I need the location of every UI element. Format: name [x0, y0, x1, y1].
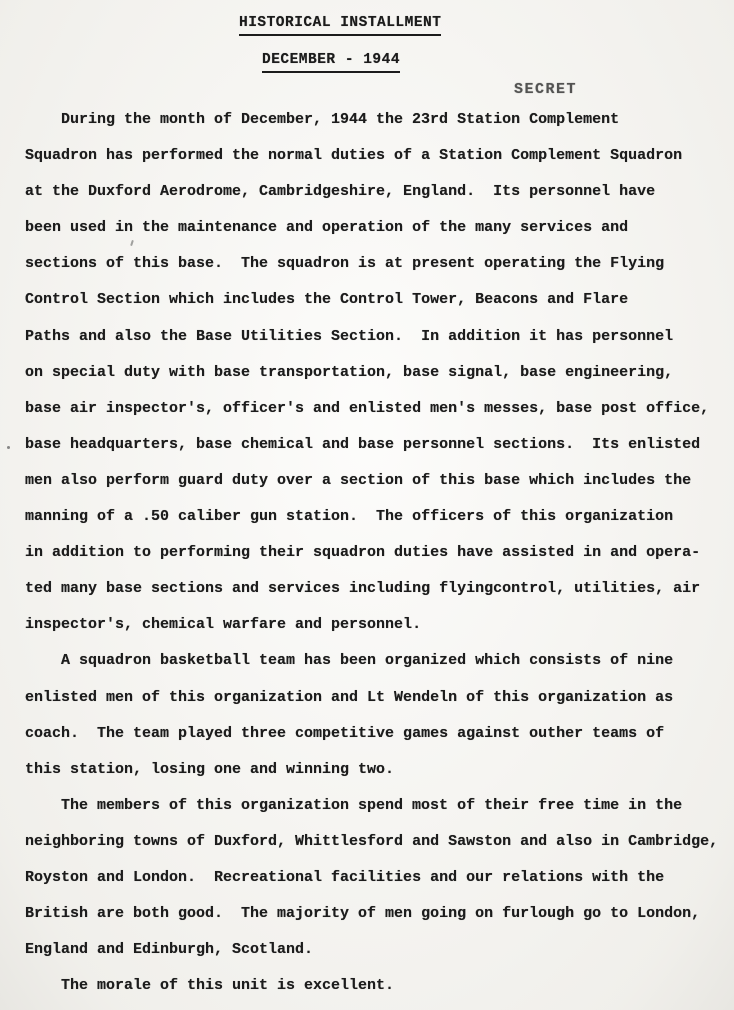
- document-line: this station, losing one and winning two…: [25, 752, 725, 788]
- document-subtitle: DECEMBER - 1944: [262, 52, 400, 73]
- document-line: enlisted men of this organization and Lt…: [25, 680, 725, 716]
- scan-artifact-dot: [7, 446, 10, 449]
- document-line: sections of this base. The squadron is a…: [25, 246, 725, 282]
- document-line: base air inspector's, officer's and enli…: [25, 391, 725, 427]
- document-line: been used in the maintenance and operati…: [25, 210, 725, 246]
- document-line: neighboring towns of Duxford, Whittlesfo…: [25, 824, 725, 860]
- document-line: men also perform guard duty over a secti…: [25, 463, 725, 499]
- secret-classification-stamp: SECRET: [514, 81, 577, 98]
- document-line: inspector's, chemical warfare and person…: [25, 607, 725, 643]
- paragraph-duties: During the month of December, 1944 the 2…: [25, 102, 725, 643]
- document-line: on special duty with base transportation…: [25, 355, 725, 391]
- document-line: Squadron has performed the normal duties…: [25, 138, 725, 174]
- document-page: HISTORICAL INSTALLMENT DECEMBER - 1944 S…: [0, 0, 734, 1010]
- document-line: Control Section which includes the Contr…: [25, 282, 725, 318]
- paragraph-basketball: A squadron basketball team has been orga…: [25, 643, 725, 787]
- document-line: The morale of this unit is excellent.: [25, 968, 725, 1004]
- document-line: base headquarters, base chemical and bas…: [25, 427, 725, 463]
- document-line: Royston and London. Recreational facilit…: [25, 860, 725, 896]
- document-title: HISTORICAL INSTALLMENT: [239, 15, 441, 36]
- document-line: England and Edinburgh, Scotland.: [25, 932, 725, 968]
- document-line: coach. The team played three competitive…: [25, 716, 725, 752]
- paragraph-free-time: The members of this organization spend m…: [25, 788, 725, 968]
- document-line: at the Duxford Aerodrome, Cambridgeshire…: [25, 174, 725, 210]
- document-line: During the month of December, 1944 the 2…: [25, 102, 725, 138]
- document-line: Paths and also the Base Utilities Sectio…: [25, 319, 725, 355]
- paragraph-morale: The morale of this unit is excellent.: [25, 968, 725, 1004]
- document-line: in addition to performing their squadron…: [25, 535, 725, 571]
- document-line: A squadron basketball team has been orga…: [25, 643, 725, 679]
- document-line: ted many base sections and services incl…: [25, 571, 725, 607]
- document-line: manning of a .50 caliber gun station. Th…: [25, 499, 725, 535]
- document-body: During the month of December, 1944 the 2…: [25, 102, 725, 1004]
- document-line: British are both good. The majority of m…: [25, 896, 725, 932]
- document-line: The members of this organization spend m…: [25, 788, 725, 824]
